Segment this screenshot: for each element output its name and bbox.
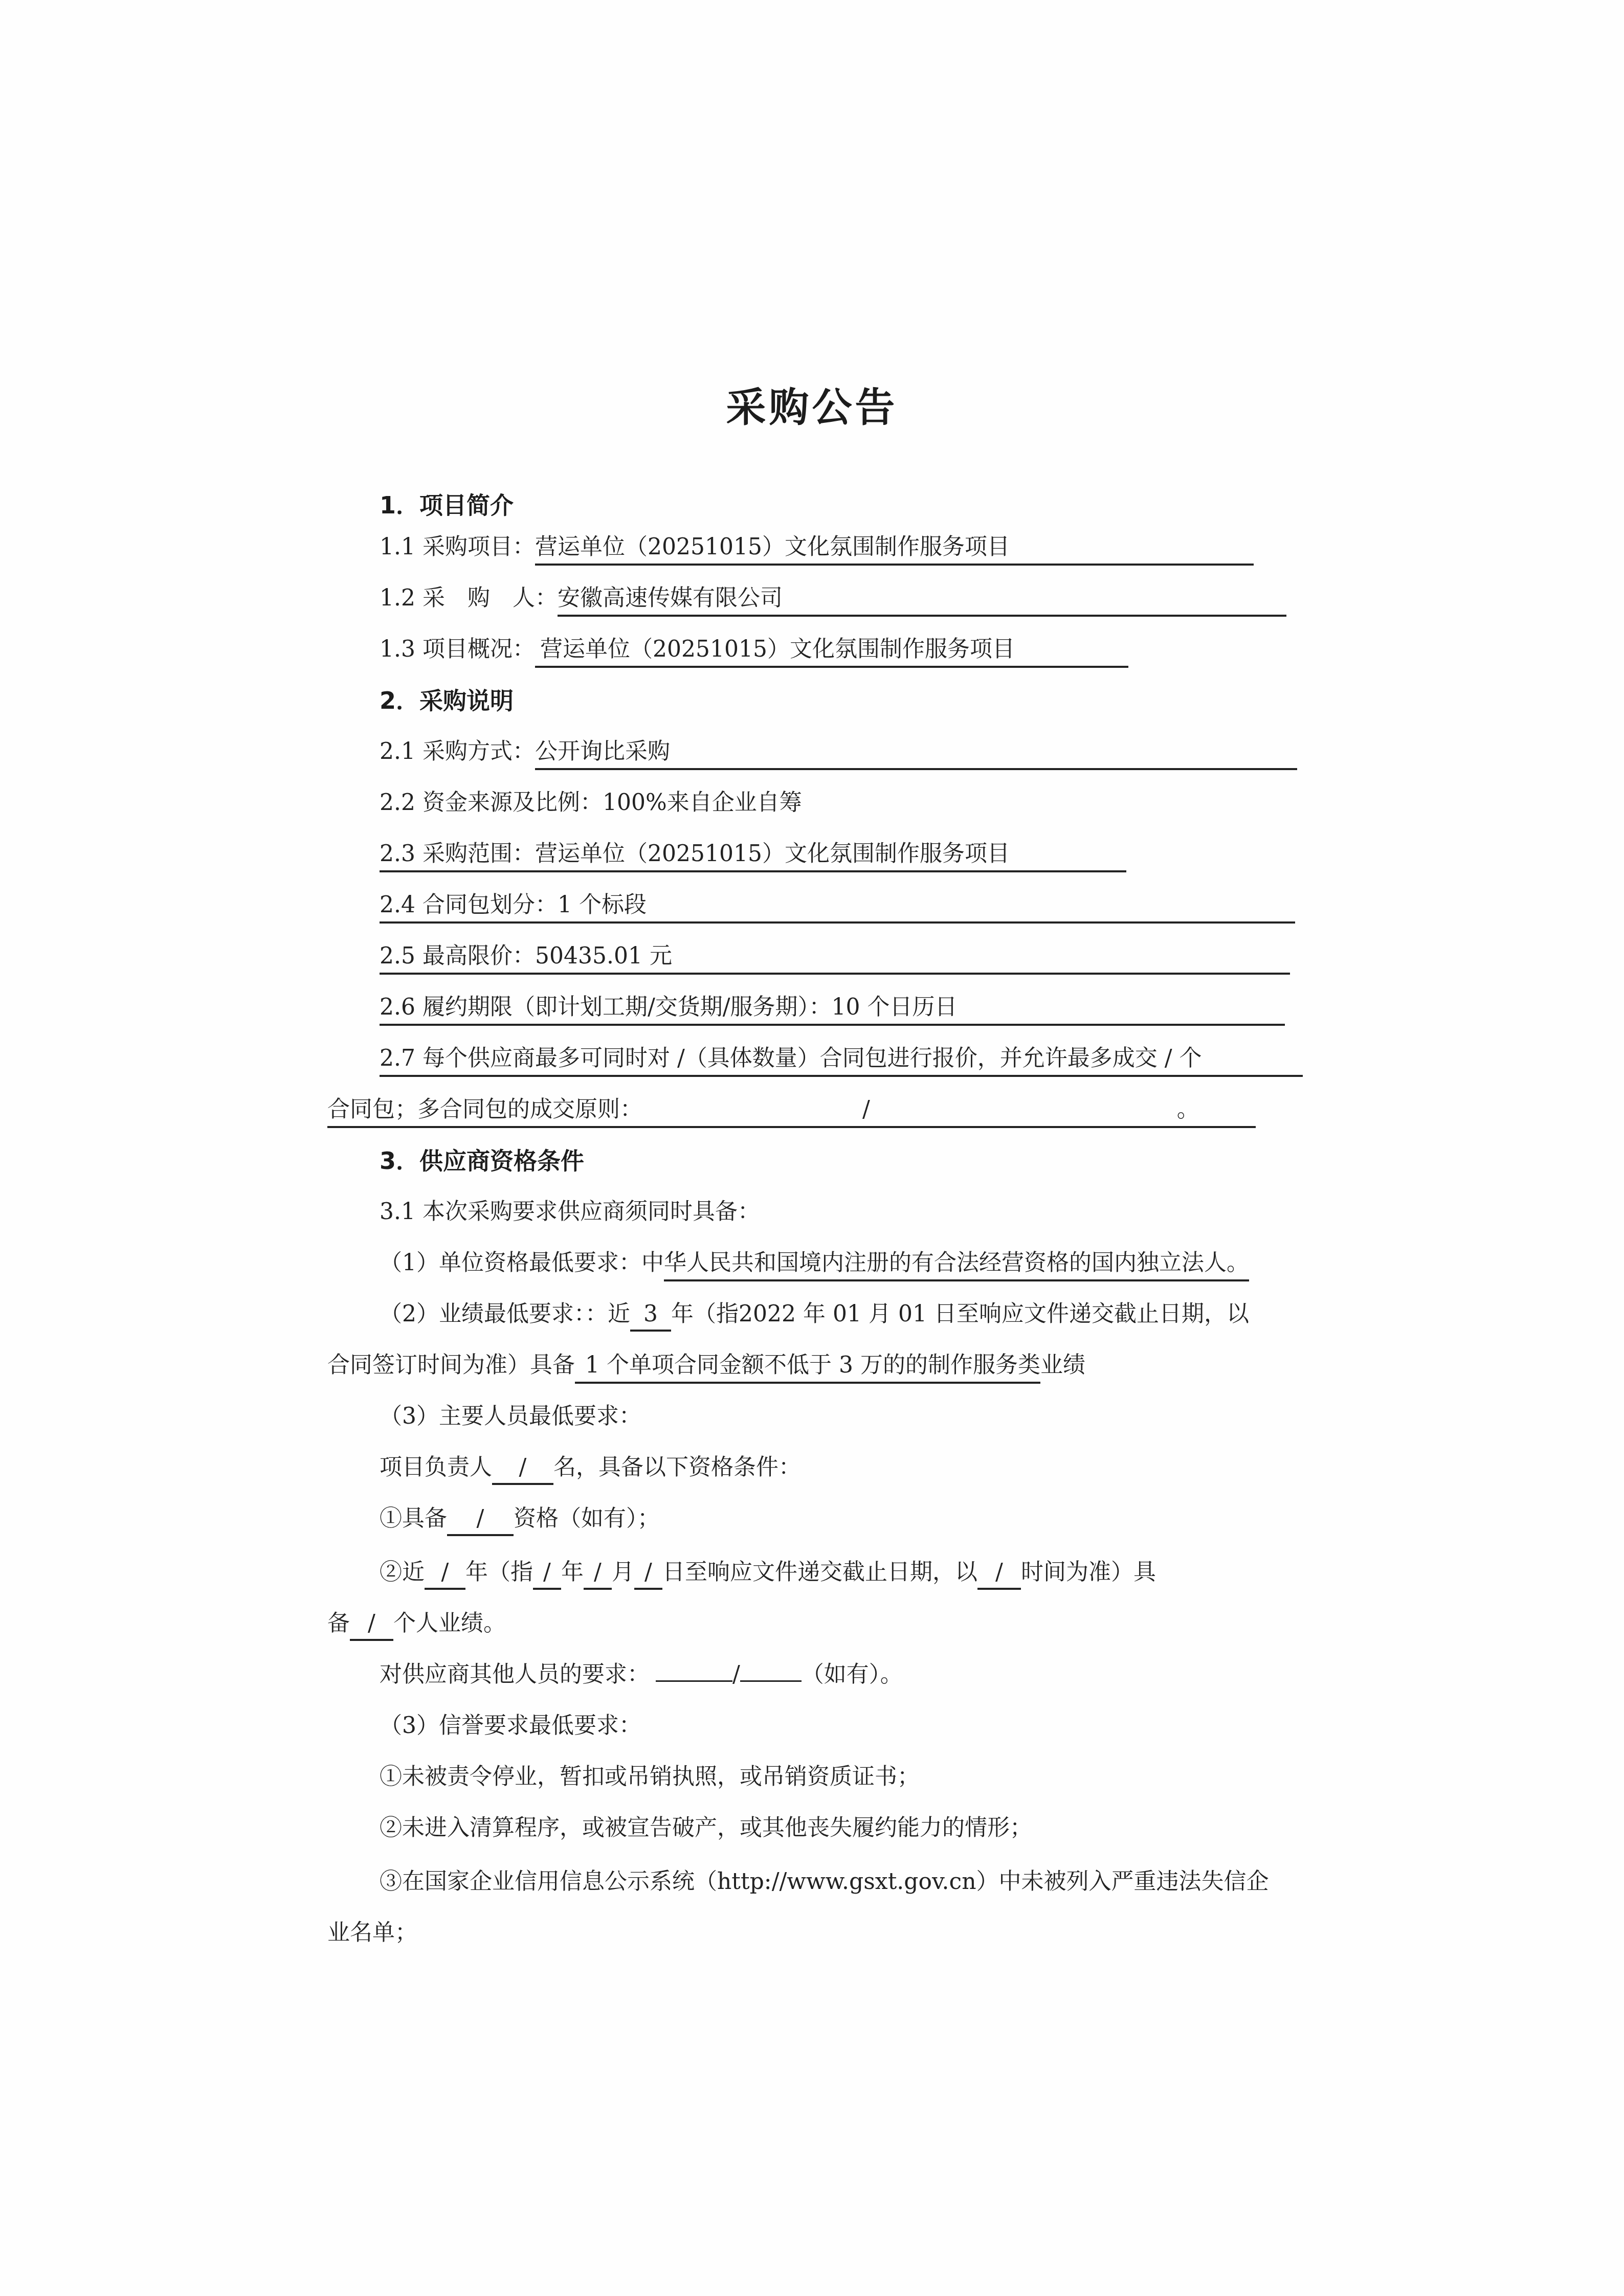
req-4-item3-line2: 业名单；	[327, 1918, 417, 1948]
req-4-item2: ②未进入清算程序，或被宣告破产，或其他丧失履约能力的情形；	[380, 1813, 1032, 1843]
item-2-7-end: 。	[1177, 1096, 1199, 1122]
cond1-value: /	[447, 1503, 514, 1536]
item-2-3-label: 2.3 采购范围：	[380, 841, 535, 867]
item-3-1: 3.1 本次采购要求供应商须同时具备：	[380, 1197, 760, 1227]
req-2-line2-post: 业绩	[1040, 1352, 1085, 1378]
item-2-7-line2: 合同包；多合同包的成交原则：/。	[327, 1094, 1256, 1128]
req-3-other: 对供应商其他人员的要求：/（如有）。	[380, 1659, 903, 1690]
item-2-1-label: 2.1 采购方式：	[380, 738, 535, 764]
item-1-1: 1.1 采购项目：营运单位（20251015）文化氛围制作服务项目	[380, 532, 1254, 566]
section-2-heading: 2．采购说明	[380, 685, 514, 716]
item-2-6-text: 2.6 履约期限（即计划工期/交货期/服务期）：10 个日历日	[380, 992, 1285, 1026]
cond1-pre: ①具备	[380, 1505, 447, 1532]
item-1-1-label: 1.1 采购项目：	[380, 534, 535, 560]
cond2-f: 时间为准）具	[1021, 1559, 1156, 1585]
other-post: （如有）。	[802, 1661, 903, 1687]
req-4-item3-line1: ③在国家企业信用信息公示系统（http://www.gsxt.gov.cn）中未…	[380, 1866, 1269, 1897]
req-1-label: （1）单位资格最低要求：中	[380, 1250, 664, 1276]
item-1-3-label: 1.3 项目概况：	[380, 636, 535, 662]
item-1-1-value: 营运单位（20251015）文化氛围制作服务项目	[535, 532, 1254, 566]
req-1-value: 华人民共和国境内注册的有合法经营资格的国内独立法人。	[664, 1248, 1249, 1281]
cond2-line2-post: 个人业绩。	[393, 1610, 506, 1636]
item-2-2-label: 2.2 资金来源及比例：	[380, 790, 603, 816]
req-3-manager: 项目负责人/名，具备以下资格条件：	[380, 1452, 801, 1485]
item-2-6: 2.6 履约期限（即计划工期/交货期/服务期）：10 个日历日	[380, 992, 1285, 1026]
cond2-e: 日至响应文件递交截止日期，以	[662, 1559, 977, 1585]
item-2-7-blank: /	[862, 1096, 870, 1122]
cond2-blank-years: /	[425, 1557, 465, 1590]
document-page: 采购公告 1．项目简介 1.1 采购项目：营运单位（20251015）文化氛围制…	[0, 0, 1624, 2296]
cond2-c: 年	[561, 1559, 584, 1585]
cond2-blank-time: /	[977, 1557, 1021, 1590]
item-2-3-value: 营运单位（20251015）文化氛围制作服务项目	[535, 841, 1010, 867]
cond2-blank-year: /	[533, 1557, 561, 1590]
section-3-heading: 3．供应商资格条件	[380, 1145, 584, 1176]
cond2-line2-pre: 备	[327, 1610, 350, 1636]
other-value: /	[732, 1661, 740, 1687]
item-2-5: 2.5 最高限价：50435.01 元	[380, 941, 1290, 975]
item-2-7-line1: 2.7 每个供应商最多可同时对 /（具体数量）合同包进行报价，并允许最多成交 /…	[380, 1043, 1303, 1077]
item-2-1: 2.1 采购方式：公开询比采购	[380, 736, 1297, 770]
manager-post: 名，具备以下资格条件：	[553, 1454, 801, 1480]
req-4-heading: （3）信誉要求最低要求：	[380, 1710, 641, 1741]
cond1-post: 资格（如有）；	[514, 1505, 660, 1532]
item-2-3: 2.3 采购范围：营运单位（20251015）文化氛围制作服务项目	[380, 839, 1126, 872]
item-1-2-label: 1.2 采 购 人：	[380, 585, 558, 611]
manager-pre: 项目负责人	[380, 1454, 492, 1480]
item-2-4-text: 2.4 合同包划分：1 个标段	[380, 890, 1295, 924]
req-2-years: 3	[630, 1299, 671, 1332]
item-2-4: 2.4 合同包划分：1 个标段	[380, 890, 1295, 924]
req-2-line2: 合同签订时间为准）具备1 个单项合同金额不低于 3 万的的制作服务类业绩	[327, 1350, 1085, 1384]
other-pre: 对供应商其他人员的要求：	[380, 1661, 650, 1687]
manager-count: /	[492, 1452, 553, 1485]
cond2-a: ②近	[380, 1559, 425, 1585]
item-1-3-value: 营运单位（20251015）文化氛围制作服务项目	[535, 634, 1128, 668]
cond2-blank-day: /	[634, 1557, 662, 1590]
req-2-line2-value: 1 个单项合同金额不低于 3 万的的制作服务类	[575, 1350, 1040, 1384]
section-1-heading: 1．项目简介	[380, 490, 514, 521]
req-3-heading: （3）主要人员最低要求：	[380, 1401, 641, 1432]
req-3-cond2-line1: ②近/年（指/年/月/日至响应文件递交截止日期，以/时间为准）具	[380, 1557, 1156, 1590]
cond2-b: 年（指	[465, 1559, 533, 1585]
item-1-2-value: 安徽高速传媒有限公司	[558, 583, 1286, 617]
req-1: （1）单位资格最低要求：中华人民共和国境内注册的有合法经营资格的国内独立法人。	[380, 1248, 1249, 1281]
page-title: 采购公告	[0, 376, 1624, 433]
req-3-cond2-line2: 备/个人业绩。	[327, 1608, 506, 1641]
item-2-7-line2-underlined: 合同包；多合同包的成交原则：/。	[327, 1094, 1256, 1128]
req-2-line1: （2）业绩最低要求：：近3年（指2022 年 01 月 01 日至响应文件递交截…	[380, 1299, 1249, 1332]
req-3-cond1: ①具备/资格（如有）；	[380, 1503, 660, 1536]
item-2-7-text: 2.7 每个供应商最多可同时对 /（具体数量）合同包进行报价，并允许最多成交 /…	[380, 1043, 1303, 1077]
req-2-line2-pre: 合同签订时间为准）具备	[327, 1352, 575, 1378]
cond2-d: 月	[612, 1559, 634, 1585]
req-2-line1-text: 年（指2022 年 01 月 01 日至响应文件递交截止日期，以	[671, 1301, 1249, 1327]
req-2-label: （2）业绩最低要求：：近	[380, 1301, 630, 1327]
cond2-blank-month: /	[584, 1557, 612, 1590]
item-2-3-underlined: 2.3 采购范围：营运单位（20251015）文化氛围制作服务项目	[380, 839, 1126, 872]
req-4-item1: ①未被责令停业，暂扣或吊销执照，或吊销资质证书；	[380, 1762, 920, 1792]
item-2-7-line2-text: 合同包；多合同包的成交原则：	[327, 1096, 642, 1122]
item-1-2: 1.2 采 购 人：安徽高速传媒有限公司	[380, 583, 1286, 617]
item-2-5-text: 2.5 最高限价：50435.01 元	[380, 941, 1290, 975]
item-2-2: 2.2 资金来源及比例：100%来自企业自筹	[380, 787, 802, 818]
item-2-1-value: 公开询比采购	[535, 736, 1297, 770]
item-2-2-value: 100%来自企业自筹	[603, 790, 802, 816]
item-1-3: 1.3 项目概况：营运单位（20251015）文化氛围制作服务项目	[380, 634, 1128, 668]
cond2-blank-count: /	[350, 1608, 393, 1641]
